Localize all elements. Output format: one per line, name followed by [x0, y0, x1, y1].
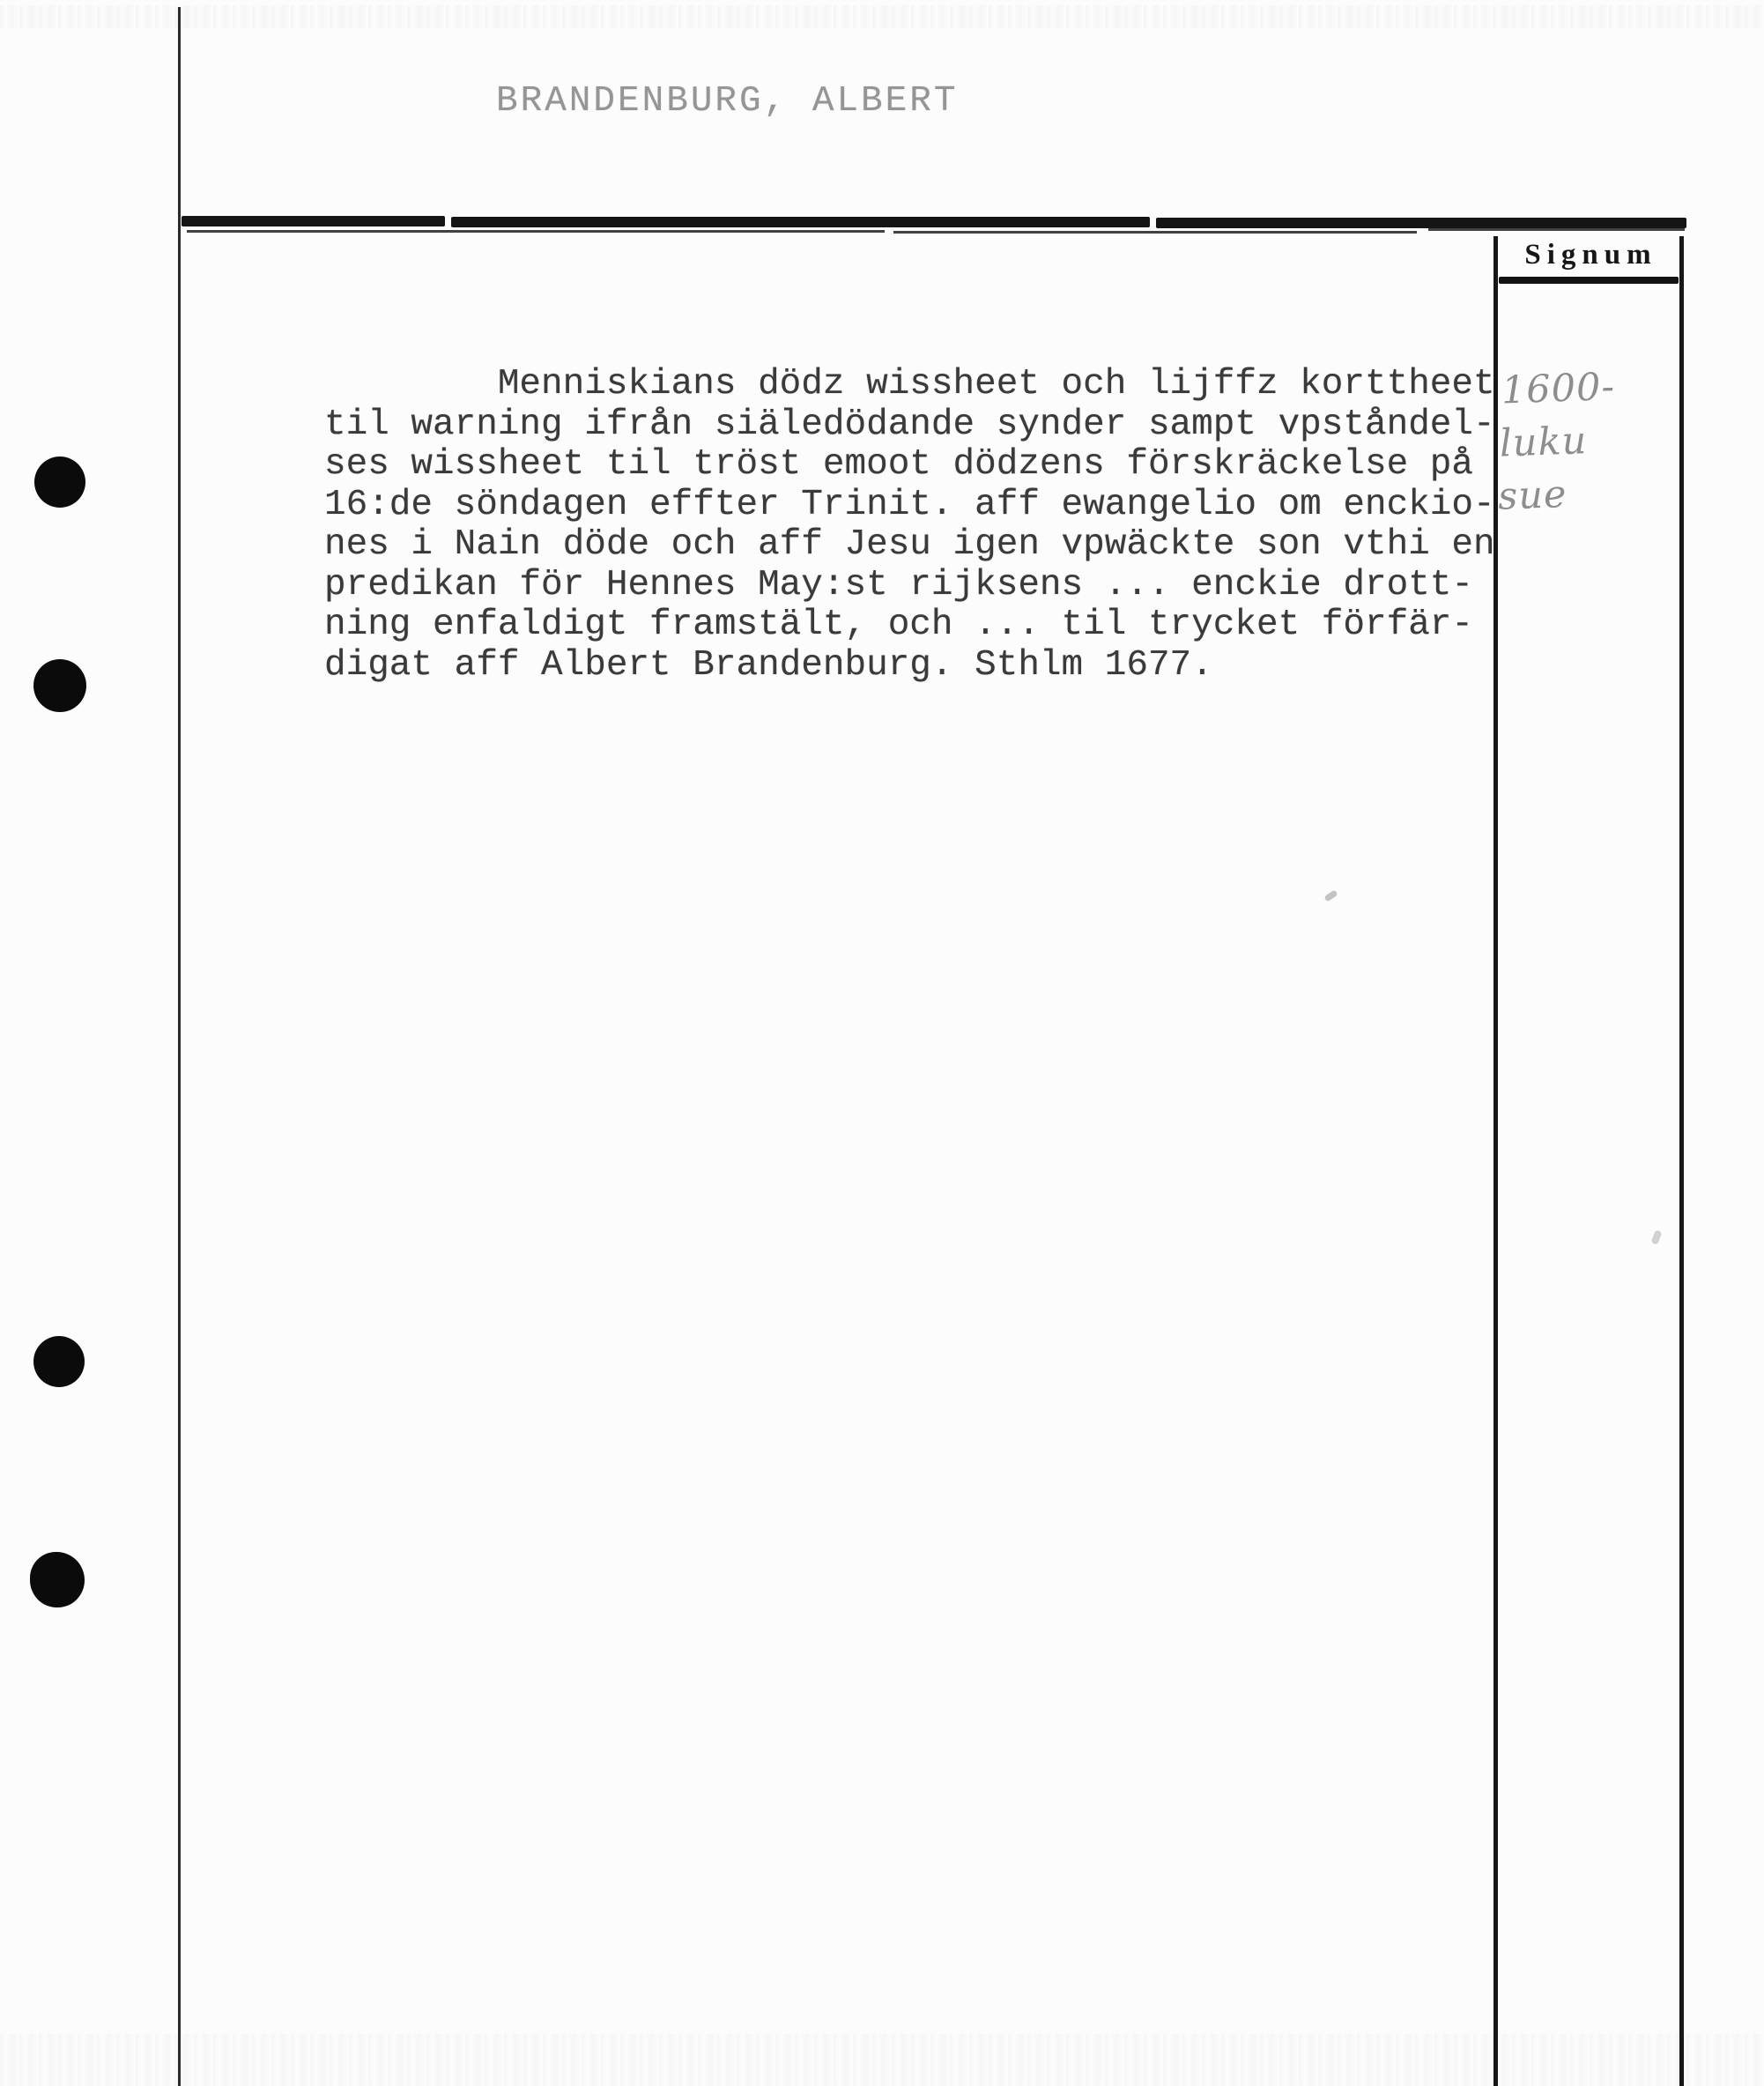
scan-noise-top: [0, 5, 1764, 28]
left-margin-line: [178, 7, 181, 2086]
entry-line: Menniskians dödz wissheet och lijffz kor…: [324, 365, 1495, 405]
signum-value-line: luku: [1499, 412, 1680, 471]
scan-speck: [1651, 1229, 1663, 1245]
entry-line: 16:de söndagen effter Trinit. aff ewange…: [324, 486, 1495, 526]
header-rule-thick: [1156, 218, 1686, 228]
header-rule-thin: [893, 231, 1417, 234]
header-rule-thin: [187, 230, 885, 233]
hole-punch: [33, 1336, 85, 1387]
hole-punch: [30, 1552, 85, 1607]
header-rule-thick: [451, 217, 1150, 227]
entry-line: nes i Nain döde och aff Jesu igen vpwäck…: [324, 525, 1495, 566]
author-heading: BRANDENBURG, ALBERT: [496, 81, 958, 122]
signum-handwritten-value: 1600- luku sue: [1501, 359, 1682, 523]
header-rule-thin: [1428, 228, 1685, 231]
catalog-entry-text: Menniskians dödz wissheet och lijffz kor…: [324, 365, 1495, 686]
entry-line: til warning ifrån siäledödande synder sa…: [324, 405, 1495, 446]
signum-header-underline: [1499, 277, 1679, 284]
catalog-card-page: BRANDENBURG, ALBERT Signum 1600- luku su…: [0, 0, 1764, 2086]
signum-value-line: sue: [1497, 464, 1682, 523]
entry-line: ses wissheet til tröst emoot dödzens för…: [324, 445, 1495, 486]
scan-speck: [1323, 889, 1338, 902]
entry-line: predikan för Hennes May:st rijksens ... …: [324, 566, 1495, 606]
hole-punch: [34, 457, 85, 508]
entry-line: digat aff Albert Brandenburg. Sthlm 1677…: [324, 646, 1495, 687]
signum-column-header: Signum: [1498, 239, 1679, 271]
header-rule-thick: [182, 216, 445, 226]
scan-noise-bottom: [0, 2034, 1764, 2086]
signum-value-line: 1600-: [1501, 359, 1679, 418]
entry-line: ning enfaldigt framstält, och ... til tr…: [324, 605, 1495, 646]
hole-punch: [33, 659, 86, 712]
